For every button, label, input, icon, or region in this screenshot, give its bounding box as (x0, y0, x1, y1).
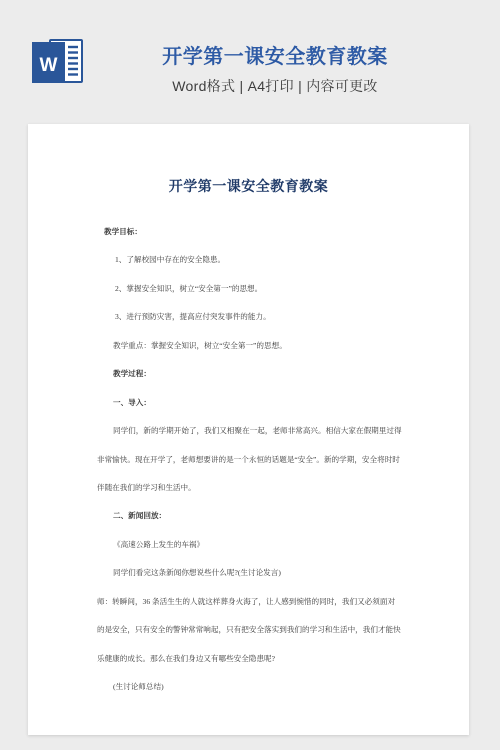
doc-line: 《高速公路上发生的车祸》 (97, 531, 413, 559)
doc-line: (生讨论师总结) (97, 673, 413, 701)
doc-line: 的是安全，只有安全的警钟常常响起，只有把安全落实到我们的学习和生活中，我们才能快 (97, 616, 413, 644)
doc-line: 教学重点：掌握安全知识，树立“安全第一”的思想。 (97, 332, 413, 360)
page-subtitle: Word格式 | A4打印 | 内容可更改 (162, 76, 388, 96)
word-icon: W (30, 38, 85, 86)
doc-line: 同学们看完这条新闻你想说些什么呢?(生讨论发言) (97, 559, 413, 587)
header-text: 开学第一课安全教育教案 Word格式 | A4打印 | 内容可更改 (162, 40, 388, 96)
doc-line: 3、进行预防灾害，提高应付突发事件的能力。 (97, 303, 413, 331)
doc-line: 2、掌握安全知识，树立“安全第一”的思想。 (97, 275, 413, 303)
doc-line: 1、了解校园中存在的安全隐患。 (97, 246, 413, 274)
document-page-preview: 开学第一课安全教育教案 教学目标：1、了解校园中存在的安全隐患。2、掌握安全知识… (28, 124, 469, 735)
doc-line: 二、新闻回放： (97, 502, 413, 530)
page-title: 开学第一课安全教育教案 (162, 40, 388, 69)
doc-line: 师：转瞬间，36 条活生生的人就这样葬身火海了，让人感到惋惜的同时，我们又必须面… (97, 588, 413, 616)
doc-line: 一、导入： (97, 389, 413, 417)
doc-line: 教学目标： (97, 218, 413, 246)
document-title: 开学第一课安全教育教案 (28, 176, 469, 196)
doc-line: 同学们，新的学期开始了，我们又相聚在一起，老师非常高兴。相信大家在假期里过得 (97, 417, 413, 445)
doc-line: 教学过程： (97, 360, 413, 388)
doc-line: 非常愉快。现在开学了，老师想要讲的是一个永恒的话题是“安全”。新的学期，安全将时… (97, 446, 413, 474)
doc-line: 伴随在我们的学习和生活中。 (97, 474, 413, 502)
word-icon-letter: W (40, 55, 58, 76)
doc-line: 乐健康的成长。那么在我们身边又有哪些安全隐患呢? (97, 645, 413, 673)
document-body: 教学目标：1、了解校园中存在的安全隐患。2、掌握安全知识，树立“安全第一”的思想… (97, 218, 413, 701)
